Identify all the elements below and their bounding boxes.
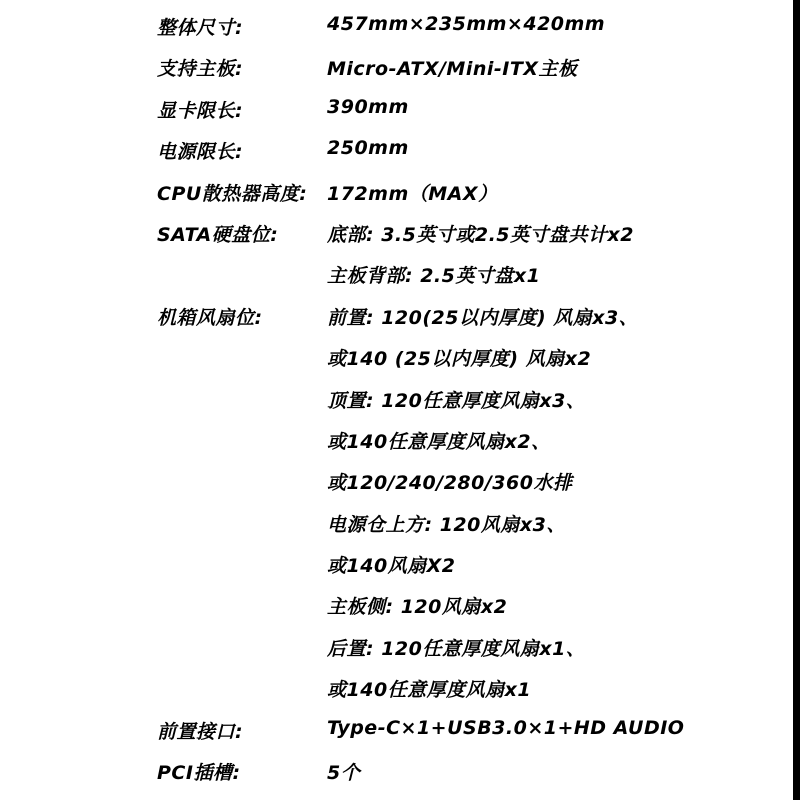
spec-value: Micro-ATX/Mini-ITX主板 — [327, 54, 780, 81]
spec-row-sata-bays: SATA硬盘位: 底部: 3.5英寸或2.5英寸盘共计x2 — [157, 214, 780, 255]
spec-sheet-page: 整体尺寸: 457mm×235mm×420mm 支持主板: Micro-ATX/… — [0, 0, 800, 800]
spec-label: CPU散热器高度: — [157, 179, 327, 206]
spec-row-case-fans-cont: 或140 (25以内厚度) 风扇x2 — [157, 338, 780, 379]
spec-row-pci-slots: PCI插槽: 5个 — [157, 752, 780, 793]
spec-row-cpu-cooler-height: CPU散热器高度: 172mm（MAX） — [157, 173, 780, 214]
right-edge-bar — [793, 0, 800, 800]
spec-label: 支持主板: — [157, 54, 327, 81]
spec-row-front-io: 前置接口: Type-C×1+USB3.0×1+HD AUDIO — [157, 711, 780, 752]
spec-value: 390mm — [327, 96, 780, 118]
spec-row-case-fans: 机箱风扇位: 前置: 120(25以内厚度) 风扇x3、 — [157, 297, 780, 338]
spec-value: 5个 — [327, 758, 780, 785]
spec-row-case-fans-cont: 顶置: 120任意厚度风扇x3、 — [157, 380, 780, 421]
spec-row-case-fans-cont: 电源仓上方: 120风扇x3、 — [157, 504, 780, 545]
spec-row-case-fans-cont: 或120/240/280/360水排 — [157, 462, 780, 503]
spec-row-motherboard-support: 支持主板: Micro-ATX/Mini-ITX主板 — [157, 48, 780, 89]
spec-value: 或140 (25以内厚度) 风扇x2 — [327, 344, 780, 371]
spec-value: 或120/240/280/360水排 — [327, 468, 780, 495]
spec-row-case-fans-cont: 或140任意厚度风扇x1 — [157, 669, 780, 710]
spec-value: 底部: 3.5英寸或2.5英寸盘共计x2 — [327, 220, 780, 247]
spec-value: 或140任意厚度风扇x2、 — [327, 427, 780, 454]
spec-row-case-fans-cont: 后置: 120任意厚度风扇x1、 — [157, 628, 780, 669]
spec-table: 整体尺寸: 457mm×235mm×420mm 支持主板: Micro-ATX/… — [157, 7, 780, 793]
spec-value: 后置: 120任意厚度风扇x1、 — [327, 634, 780, 661]
spec-value: 前置: 120(25以内厚度) 风扇x3、 — [327, 303, 780, 330]
spec-row-psu-max-length: 电源限长: 250mm — [157, 131, 780, 172]
spec-label: 前置接口: — [157, 717, 327, 744]
spec-row-case-fans-cont: 主板侧: 120风扇x2 — [157, 586, 780, 627]
spec-label: 整体尺寸: — [157, 13, 327, 40]
spec-value: 或140任意厚度风扇x1 — [327, 675, 780, 702]
spec-value: 457mm×235mm×420mm — [327, 13, 780, 35]
spec-value: Type-C×1+USB3.0×1+HD AUDIO — [327, 717, 780, 739]
spec-row-case-fans-cont: 或140风扇X2 — [157, 545, 780, 586]
spec-value: 主板侧: 120风扇x2 — [327, 592, 780, 619]
spec-value: 电源仓上方: 120风扇x3、 — [327, 510, 780, 537]
spec-value: 主板背部: 2.5英寸盘x1 — [327, 261, 780, 288]
spec-value: 172mm（MAX） — [327, 179, 780, 206]
spec-label: SATA硬盘位: — [157, 220, 327, 247]
spec-label: 机箱风扇位: — [157, 303, 327, 330]
spec-row-case-fans-cont: 或140任意厚度风扇x2、 — [157, 421, 780, 462]
spec-row-sata-bays-cont: 主板背部: 2.5英寸盘x1 — [157, 255, 780, 296]
spec-label: 电源限长: — [157, 137, 327, 164]
spec-row-overall-size: 整体尺寸: 457mm×235mm×420mm — [157, 7, 780, 48]
spec-value: 或140风扇X2 — [327, 551, 780, 578]
spec-value: 250mm — [327, 137, 780, 159]
spec-label: PCI插槽: — [157, 758, 327, 785]
spec-value: 顶置: 120任意厚度风扇x3、 — [327, 386, 780, 413]
spec-label: 显卡限长: — [157, 96, 327, 123]
spec-row-gpu-max-length: 显卡限长: 390mm — [157, 90, 780, 131]
